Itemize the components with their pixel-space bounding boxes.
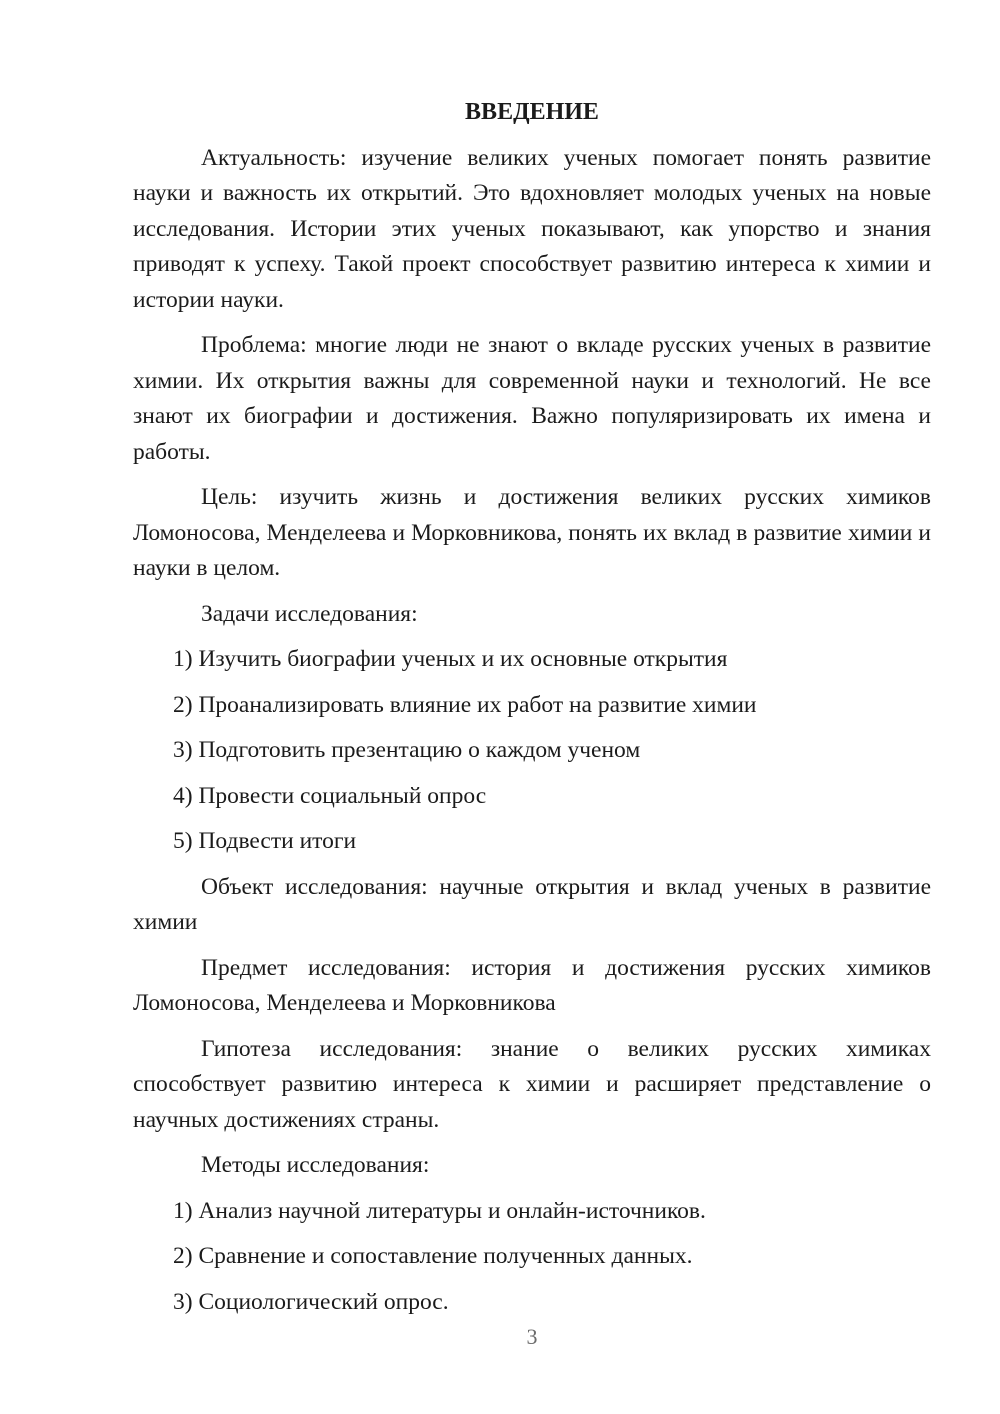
page-title: ВВЕДЕНИЕ (133, 95, 931, 131)
paragraph-problem: Проблема: многие люди не знают о вкладе … (133, 328, 931, 470)
text-column: ВВЕДЕНИЕ Актуальность: изучение великих … (133, 95, 931, 1320)
task-item-3: 3) Подготовить презентацию о каждом учен… (173, 733, 931, 769)
task-item-2: 2) Проанализировать влияние их работ на … (173, 688, 931, 724)
tasks-heading: Задачи исследования: (133, 597, 931, 633)
page-number: 3 (133, 1322, 931, 1352)
task-item-1: 1) Изучить биографии ученых и их основны… (173, 642, 931, 678)
method-item-3: 3) Социологический опрос. (173, 1285, 931, 1321)
paragraph-hypothesis: Гипотеза исследования: знание о великих … (133, 1032, 931, 1139)
paragraph-relevance: Актуальность: изучение великих ученых по… (133, 141, 931, 319)
task-item-5: 5) Подвести итоги (173, 824, 931, 860)
method-item-1: 1) Анализ научной литературы и онлайн-ис… (173, 1194, 931, 1230)
methods-heading: Методы исследования: (133, 1148, 931, 1184)
document-page: ВВЕДЕНИЕ Актуальность: изучение великих … (0, 0, 1000, 1414)
task-item-4: 4) Провести социальный опрос (173, 779, 931, 815)
paragraph-subject: Предмет исследования: история и достижен… (133, 951, 931, 1022)
paragraph-object: Объект исследования: научные открытия и … (133, 870, 931, 941)
paragraph-goal: Цель: изучить жизнь и достижения великих… (133, 480, 931, 587)
method-item-2: 2) Сравнение и сопоставление полученных … (173, 1239, 931, 1275)
